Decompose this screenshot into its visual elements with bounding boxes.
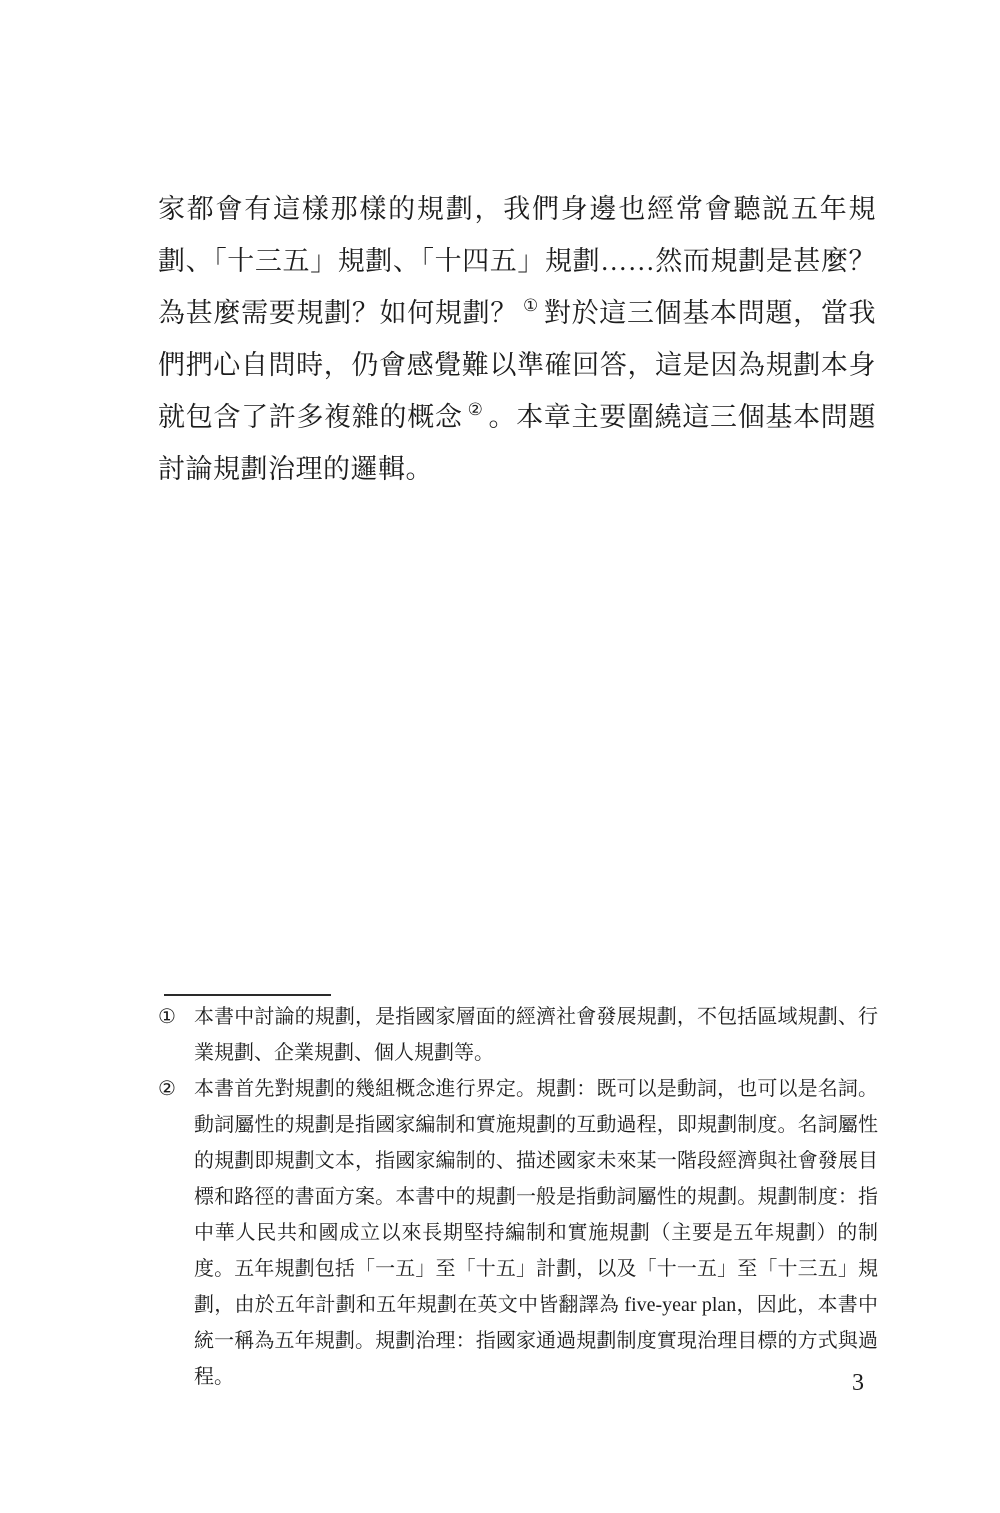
book-page: 家都會有這樣那樣的規劃，我們身邊也經常會聽説五年規劃、「十三五」規劃、「十四五」… <box>0 0 1000 1513</box>
main-paragraph: 家都會有這樣那樣的規劃，我們身邊也經常會聽説五年規劃、「十三五」規劃、「十四五」… <box>158 183 876 495</box>
footnote-separator <box>164 994 331 996</box>
footnote-item-1: ① 本書中討論的規劃，是指國家層面的經濟社會發展規劃，不包括區域規劃、行業規劃、… <box>158 999 878 1071</box>
footnote-text-1: 本書中討論的規劃，是指國家層面的經濟社會發展規劃，不包括區域規劃、行業規劃、企業… <box>194 1006 878 1064</box>
footnote-ref-2: ② <box>468 400 484 419</box>
footnote-ref-1: ① <box>523 296 539 315</box>
footnote-marker-2: ② <box>158 1071 194 1107</box>
page-number: 3 <box>852 1370 864 1397</box>
footnote-text-2: 本書首先對規劃的幾組概念進行界定。規劃：既可以是動詞，也可以是名詞。動詞屬性的規… <box>194 1078 878 1388</box>
paragraph-text: 家都會有這樣那樣的規劃，我們身邊也經常會聽説五年規劃、「十三五」規劃、「十四五」… <box>158 183 876 495</box>
footnote-marker-1: ① <box>158 999 194 1035</box>
footnote-item-2: ② 本書首先對規劃的幾組概念進行界定。規劃：既可以是動詞，也可以是名詞。動詞屬性… <box>158 1071 878 1395</box>
footnote-section: ① 本書中討論的規劃，是指國家層面的經濟社會發展規劃，不包括區域規劃、行業規劃、… <box>158 999 878 1395</box>
